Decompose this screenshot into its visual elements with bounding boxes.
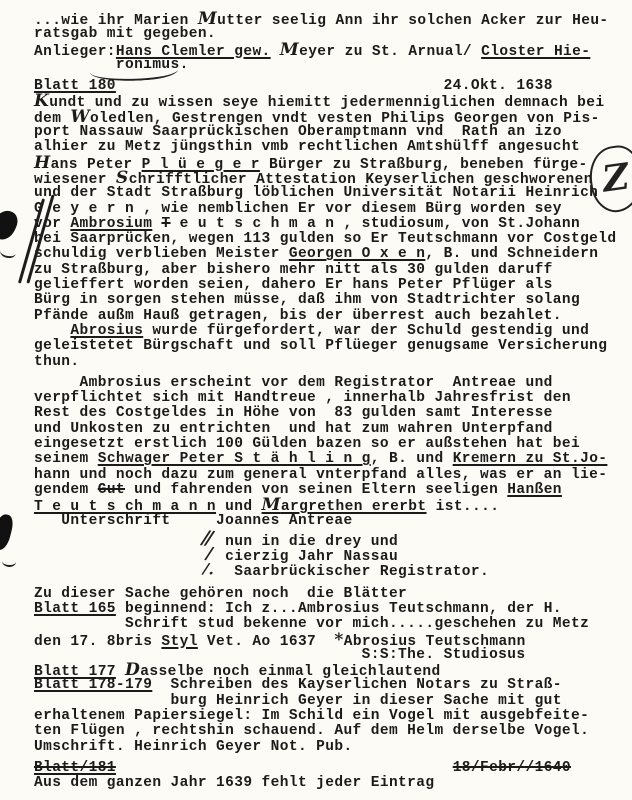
text-segment: ten Flügen , rechtshin schauend. Auf dem… (34, 723, 589, 739)
text-segment: S:S:The. Studiosus (34, 647, 525, 663)
text-segment: nun in die drey und (34, 534, 398, 550)
text-segment (271, 44, 280, 60)
text-segment: wurde fürgefordert, war der Schuld geste… (143, 323, 589, 339)
doc-line: eingesetzt erstlich 100 Gülden bazen so … (34, 437, 632, 452)
text-segment: Schwager Peter S t ä h l i n g (98, 451, 371, 467)
typewritten-text-block: ...wie ihr Marien Mutter seelig Ann ihr … (34, 12, 632, 792)
text-segment: Umschrift. Heinrich Geyer Not. Pub. (34, 739, 353, 755)
text-segment: M (280, 40, 299, 60)
ink-blot (0, 207, 21, 244)
doc-line: dem Woledlen, Gestrengen vndt vesten Phi… (34, 110, 632, 125)
doc-line: seinem Schwager Peter S t ä h l i n g, B… (34, 452, 632, 467)
text-segment: und fahrenden von seinen Eltern seeligen (125, 482, 507, 498)
text-segment (116, 760, 453, 776)
text-segment: zu Straßburg, aber bishero mehr nitt als… (34, 262, 553, 278)
text-segment: alhier zu Metz jüngsthin vmb rechtlichen… (34, 139, 580, 155)
text-segment: thun. (34, 354, 80, 370)
text-segment: Gut (98, 482, 125, 498)
doc-line: geleistetet Bürgschaft und soll Pflüeger… (34, 339, 632, 354)
doc-line: Saarbrückischer Registrator. (34, 565, 632, 580)
text-segment: G e y e r n , wie nemblichen Er vor dies… (34, 201, 562, 217)
doc-line: ...wie ihr Marien Mutter seelig Ann ihr … (34, 12, 632, 27)
doc-line: Blatt 180 24.Okt. 1638 (34, 79, 632, 94)
doc-line: zu Straßburg, aber bishero mehr nitt als… (34, 263, 632, 278)
doc-line: Aus dem ganzen Jahr 1639 fehlt jeder Ein… (34, 776, 632, 791)
doc-line: ratsgab mit gegeben. (34, 27, 632, 42)
text-segment: Blatt 165 (34, 601, 116, 617)
text-segment: T (161, 216, 170, 232)
doc-line: Zu dieser Sache gehören noch die Blätter (34, 587, 632, 602)
text-segment: Pfände außm Hauß getragen, bis der überr… (34, 308, 562, 324)
text-segment: Unterschrift Joannes Antreae (34, 513, 353, 529)
ink-blot (0, 512, 15, 551)
doc-line: vor Ambrosium T e u t s c h m a n , stud… (34, 217, 632, 232)
text-segment: gelieffert worden seien, dahero Er hans … (34, 277, 553, 293)
text-segment: e u t s c h m a n , studiosum, von St.Jo… (171, 216, 581, 232)
doc-line: schuldig verblieben Meister Georgen O x … (34, 247, 632, 262)
text-segment: port Nassauw Saarprückischen Oberamptman… (34, 124, 562, 140)
text-segment: Schrift stud bekenne vor mich.....gesche… (34, 616, 589, 632)
text-segment (116, 78, 444, 94)
text-segment: ratsgab mit gegeben. (34, 26, 216, 42)
text-segment: Blatt/181 (34, 760, 116, 776)
doc-line: Abrosius wurde fürgefordert, war der Sch… (34, 324, 632, 339)
text-segment: Georgen O x e n (289, 246, 426, 262)
doc-line: bei Saarprücken, wegen 113 gulden so Er … (34, 232, 632, 247)
doc-line: T e u t s ch m a n n und Margrethen erer… (34, 498, 632, 513)
doc-line: Kundt und zu wissen seye hiemitt jederme… (34, 94, 632, 109)
text-segment: burg Heinrich Geyer in dieser Sache mit … (34, 693, 562, 709)
doc-line: thun. (34, 355, 632, 370)
doc-line: ten Flügen , rechtshin schauend. Auf dem… (34, 724, 632, 739)
text-segment: Hanßen (507, 482, 562, 498)
text-segment: Kremern zu St.Jo- (453, 451, 608, 467)
doc-line: cierzig Jahr Nassau (34, 550, 632, 565)
doc-line: gendem Gut und fahrenden von seinen Elte… (34, 483, 632, 498)
text-segment: schuldig verblieben Meister (34, 246, 289, 262)
text-segment: Ambrosius erscheint vor dem Registrator … (34, 375, 553, 391)
doc-line: port Nassauw Saarprückischen Oberamptman… (34, 125, 632, 140)
text-segment: bei Saarprücken, wegen 113 gulden so Er … (34, 231, 617, 247)
doc-line: Umschrift. Heinrich Geyer Not. Pub. (34, 740, 632, 755)
text-segment: , B. und (371, 451, 453, 467)
text-segment: Schreiben des Kayserlichen Notars zu Str… (152, 677, 562, 693)
circled-letter: Z (602, 170, 631, 189)
text-segment: cierzig Jahr Nassau (34, 549, 398, 565)
doc-line: nun in die drey und (34, 535, 632, 550)
doc-line: verpflichtet sich mit Handtreue , innerh… (34, 391, 632, 406)
text-segment: Rest des Costgeldes in Höhe von 83 gulde… (34, 405, 553, 421)
text-segment: Zu dieser Sache gehören noch die Blätter (34, 586, 407, 602)
text-segment: und der Stadt Straßburg löblichen Univer… (34, 185, 598, 201)
doc-line: Rest des Costgeldes in Höhe von 83 gulde… (34, 406, 632, 421)
doc-line: S:S:The. Studiosus (34, 648, 632, 663)
text-segment: verpflichtet sich mit Handtreue , innerh… (34, 390, 571, 406)
doc-line: Bürg in sorgen stehen müsse, daß ihm von… (34, 293, 632, 308)
text-segment: utter seelig Ann ihr solchen Acker zur H… (217, 13, 608, 29)
doc-line: G e y e r n , wie nemblichen Er vor dies… (34, 202, 632, 217)
text-segment: Aus dem ganzen Jahr 1639 fehlt jeder Ein… (34, 775, 434, 791)
text-segment: hann und noch dazu zum general vnterpfan… (34, 467, 607, 483)
doc-line: Blatt 177 Dasselbe noch einmal gleichlau… (34, 663, 632, 678)
doc-line: den 17. 8bris Styl Vet. Ao 1637 *Abrosiu… (34, 633, 632, 648)
text-segment: beginnend: Ich z...Ambrosius Teutschmann… (116, 601, 562, 617)
doc-line: hann und noch dazu zum general vnterpfan… (34, 468, 632, 483)
text-segment: Blatt 178-179 (34, 677, 152, 693)
doc-line: Ambrosius erscheint vor dem Registrator … (34, 376, 632, 391)
text-segment: eingesetzt erstlich 100 Gülden bazen so … (34, 436, 580, 452)
doc-line: burg Heinrich Geyer in dieser Sache mit … (34, 694, 632, 709)
doc-line: Blatt/181 18/Febr//1640 (34, 761, 632, 776)
text-segment: ist.... (427, 499, 500, 515)
text-segment: 18/Febr//1640 (453, 760, 571, 776)
text-segment: Bürg in sorgen stehen müsse, daß ihm von… (34, 292, 580, 308)
doc-line: gelieffert worden seien, dahero Er hans … (34, 278, 632, 293)
doc-line: alhier zu Metz jüngsthin vmb rechtlichen… (34, 140, 632, 155)
text-segment: erhaltenem Papiersiegel: Im Schild ein V… (34, 708, 589, 724)
doc-line: Unterschrift Joannes Antreae (34, 514, 632, 529)
doc-line: Blatt 165 beginnend: Ich z...Ambrosius T… (34, 602, 632, 617)
text-segment: Closter Hie- (481, 44, 590, 60)
text-segment: eyer zu St. Arnual/ (299, 44, 481, 60)
doc-line: erhaltenem Papiersiegel: Im Schild ein V… (34, 709, 632, 724)
text-segment: Saarbrückischer Registrator. (34, 564, 489, 580)
doc-line: Blatt 178-179 Schreiben des Kayserlichen… (34, 678, 632, 693)
doc-line: und Unkosten zu entrichten und hat zum w… (34, 422, 632, 437)
text-segment: H (34, 153, 51, 173)
doc-line: und der Stadt Straßburg löblichen Univer… (34, 186, 632, 201)
ink-blot-tail (2, 556, 16, 567)
text-segment: gendem (34, 482, 98, 498)
text-segment: Abrosius (70, 323, 143, 339)
text-segment: Ambrosium (70, 216, 152, 232)
doc-line: wiesener Schrifftlicher Attestation Keys… (34, 171, 632, 186)
text-segment: 24.Okt. 1638 (444, 78, 553, 94)
text-segment: seinem (34, 451, 98, 467)
doc-line: Schrift stud bekenne vor mich.....gesche… (34, 617, 632, 632)
text-segment: K (34, 91, 49, 111)
text-segment: und Unkosten zu entrichten und hat zum w… (34, 421, 553, 437)
insertion-mark: /. (202, 561, 215, 577)
text-segment: , B. und Schneidern (425, 246, 598, 262)
document-scan-page: ...wie ihr Marien Mutter seelig Ann ihr … (0, 0, 632, 800)
doc-line: Anlieger:Hans Clemler gew. Meyer zu St. … (34, 43, 632, 58)
ink-blot-tail (0, 245, 17, 259)
doc-line: Pfände außm Hauß getragen, bis der überr… (34, 309, 632, 324)
text-segment: geleistetet Bürgschaft und soll Pflüeger… (34, 338, 607, 354)
text-segment (34, 323, 70, 339)
